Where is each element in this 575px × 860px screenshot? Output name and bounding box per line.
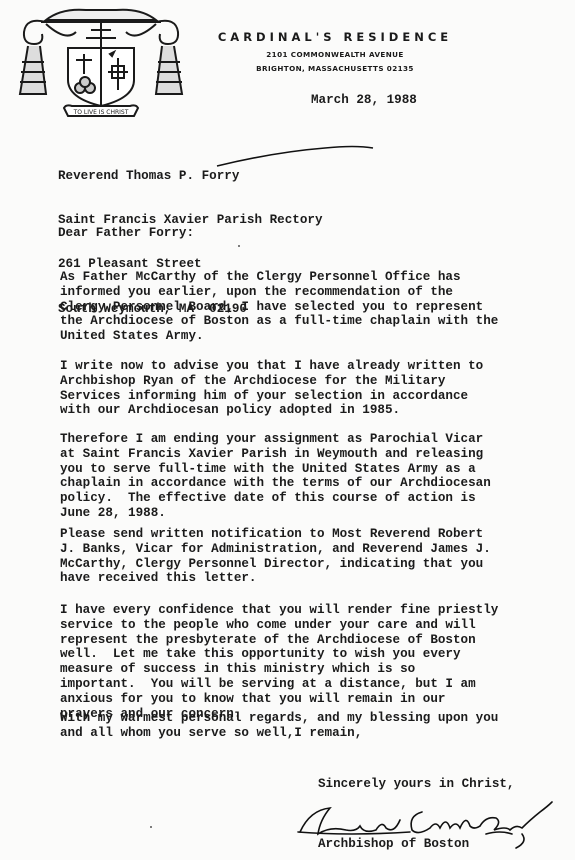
- crest-motto: TO LIVE IS CHRIST: [73, 109, 129, 116]
- letterhead-title: CARDINAL'S RESIDENCE: [150, 30, 520, 44]
- letterhead-address-line1: 2101 COMMONWEALTH AVENUE: [150, 50, 520, 59]
- signer-title: Archbishop of Boston: [318, 837, 469, 852]
- handwritten-strike-mark: [215, 140, 375, 170]
- paper-speck: [238, 245, 240, 247]
- salutation: Dear Father Forry:: [58, 226, 194, 241]
- body-paragraph-5: I have every confidence that you will re…: [60, 603, 498, 721]
- body-paragraph-4: Please send written notification to Most…: [60, 527, 491, 586]
- body-paragraph-2: I write now to advise you that I have al…: [60, 359, 483, 418]
- recipient-name: Reverend Thomas P. Forry: [58, 169, 323, 184]
- paper-speck: [150, 826, 152, 828]
- letterhead-address-line2: BRIGHTON, MASSACHUSETTS 02135: [150, 64, 520, 73]
- body-paragraph-6: With my warmest personal regards, and my…: [60, 711, 498, 741]
- letterhead: CARDINAL'S RESIDENCE 2101 COMMONWEALTH A…: [150, 30, 520, 73]
- letter-date: March 28, 1988: [311, 93, 417, 108]
- body-paragraph-1: As Father McCarthy of the Clergy Personn…: [60, 270, 498, 344]
- body-paragraph-3: Therefore I am ending your assignment as…: [60, 432, 491, 521]
